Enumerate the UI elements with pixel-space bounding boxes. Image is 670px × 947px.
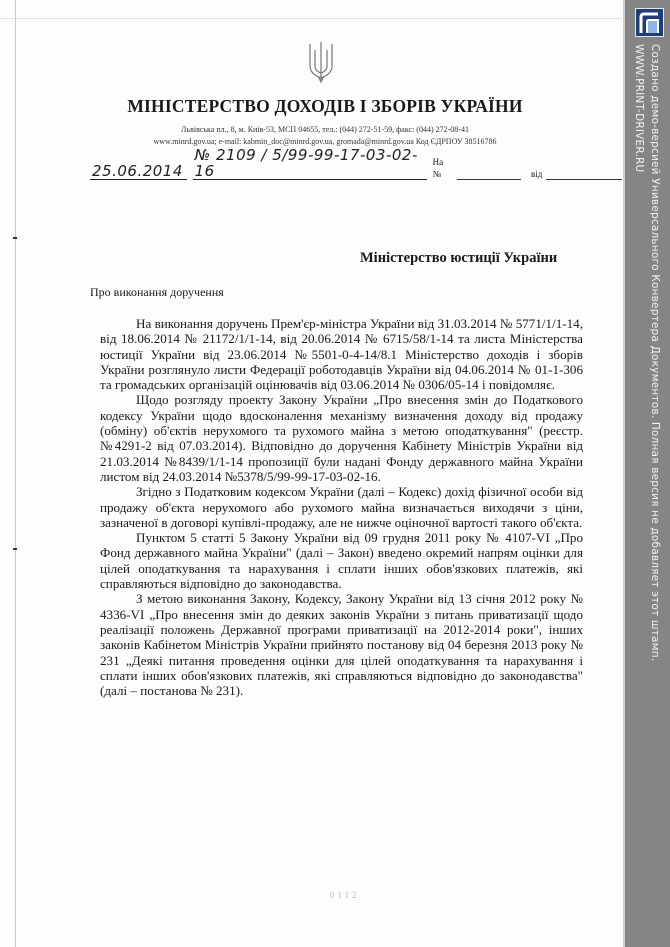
paragraph: Згідно з Податковим кодексом України (да… — [100, 484, 583, 530]
scan-top-edge — [0, 18, 622, 19]
demo-watermark-strip: Создано демо-версией Универсального Конв… — [623, 0, 670, 947]
trident-emblem-icon — [306, 40, 336, 84]
margin-hole-mark — [13, 548, 17, 550]
contact-web-email: www.minrd.gov.ua; e-mail: kabmin_doc@min… — [0, 137, 622, 146]
watermark-text: Создано демо-версией Универсального Конв… — [649, 44, 661, 661]
reference-date-blank — [546, 169, 622, 180]
outgoing-registration: 25.06.2014 № 2109 / 5/99-99-17-03-02-16 … — [90, 160, 622, 180]
document-page: МІНІСТЕРСТВО ДОХОДІВ І ЗБОРІВ УКРАЇНИ Ль… — [0, 0, 622, 947]
margin-hole-mark — [13, 237, 17, 239]
letter-body: На виконання доручень Прем'єр-міністра У… — [100, 316, 583, 698]
ministry-title: МІНІСТЕРСТВО ДОХОДІВ І ЗБОРІВ УКРАЇНИ — [0, 96, 622, 117]
subject-line: Про виконання доручення — [90, 285, 224, 300]
paragraph: На виконання доручень Прем'єр-міністра У… — [100, 316, 583, 392]
outgoing-number: № 2109 / 5/99-99-17-03-02-16 — [193, 147, 427, 180]
watermark-url: WWW.PRINT-DRIVER.RU — [633, 44, 645, 172]
reference-label: На № — [433, 156, 453, 180]
recipient: Міністерство юстиції України — [360, 250, 557, 267]
paragraph: Щодо розгляду проекту Закону України „Пр… — [100, 392, 583, 484]
paragraph: З метою виконання Закону, Кодексу, Закон… — [100, 591, 583, 698]
converter-logo-icon — [635, 8, 664, 37]
outgoing-date: 25.06.2014 — [90, 163, 187, 180]
contact-address: Львівська пл., 8, м. Київ-53, МСП 04655,… — [0, 125, 622, 134]
reference-number-blank — [457, 169, 521, 180]
faint-footer-mark: 0112 — [330, 890, 360, 900]
reference-date-label: від — [531, 168, 542, 180]
paragraph: Пунктом 5 статті 5 Закону України від 09… — [100, 530, 583, 591]
